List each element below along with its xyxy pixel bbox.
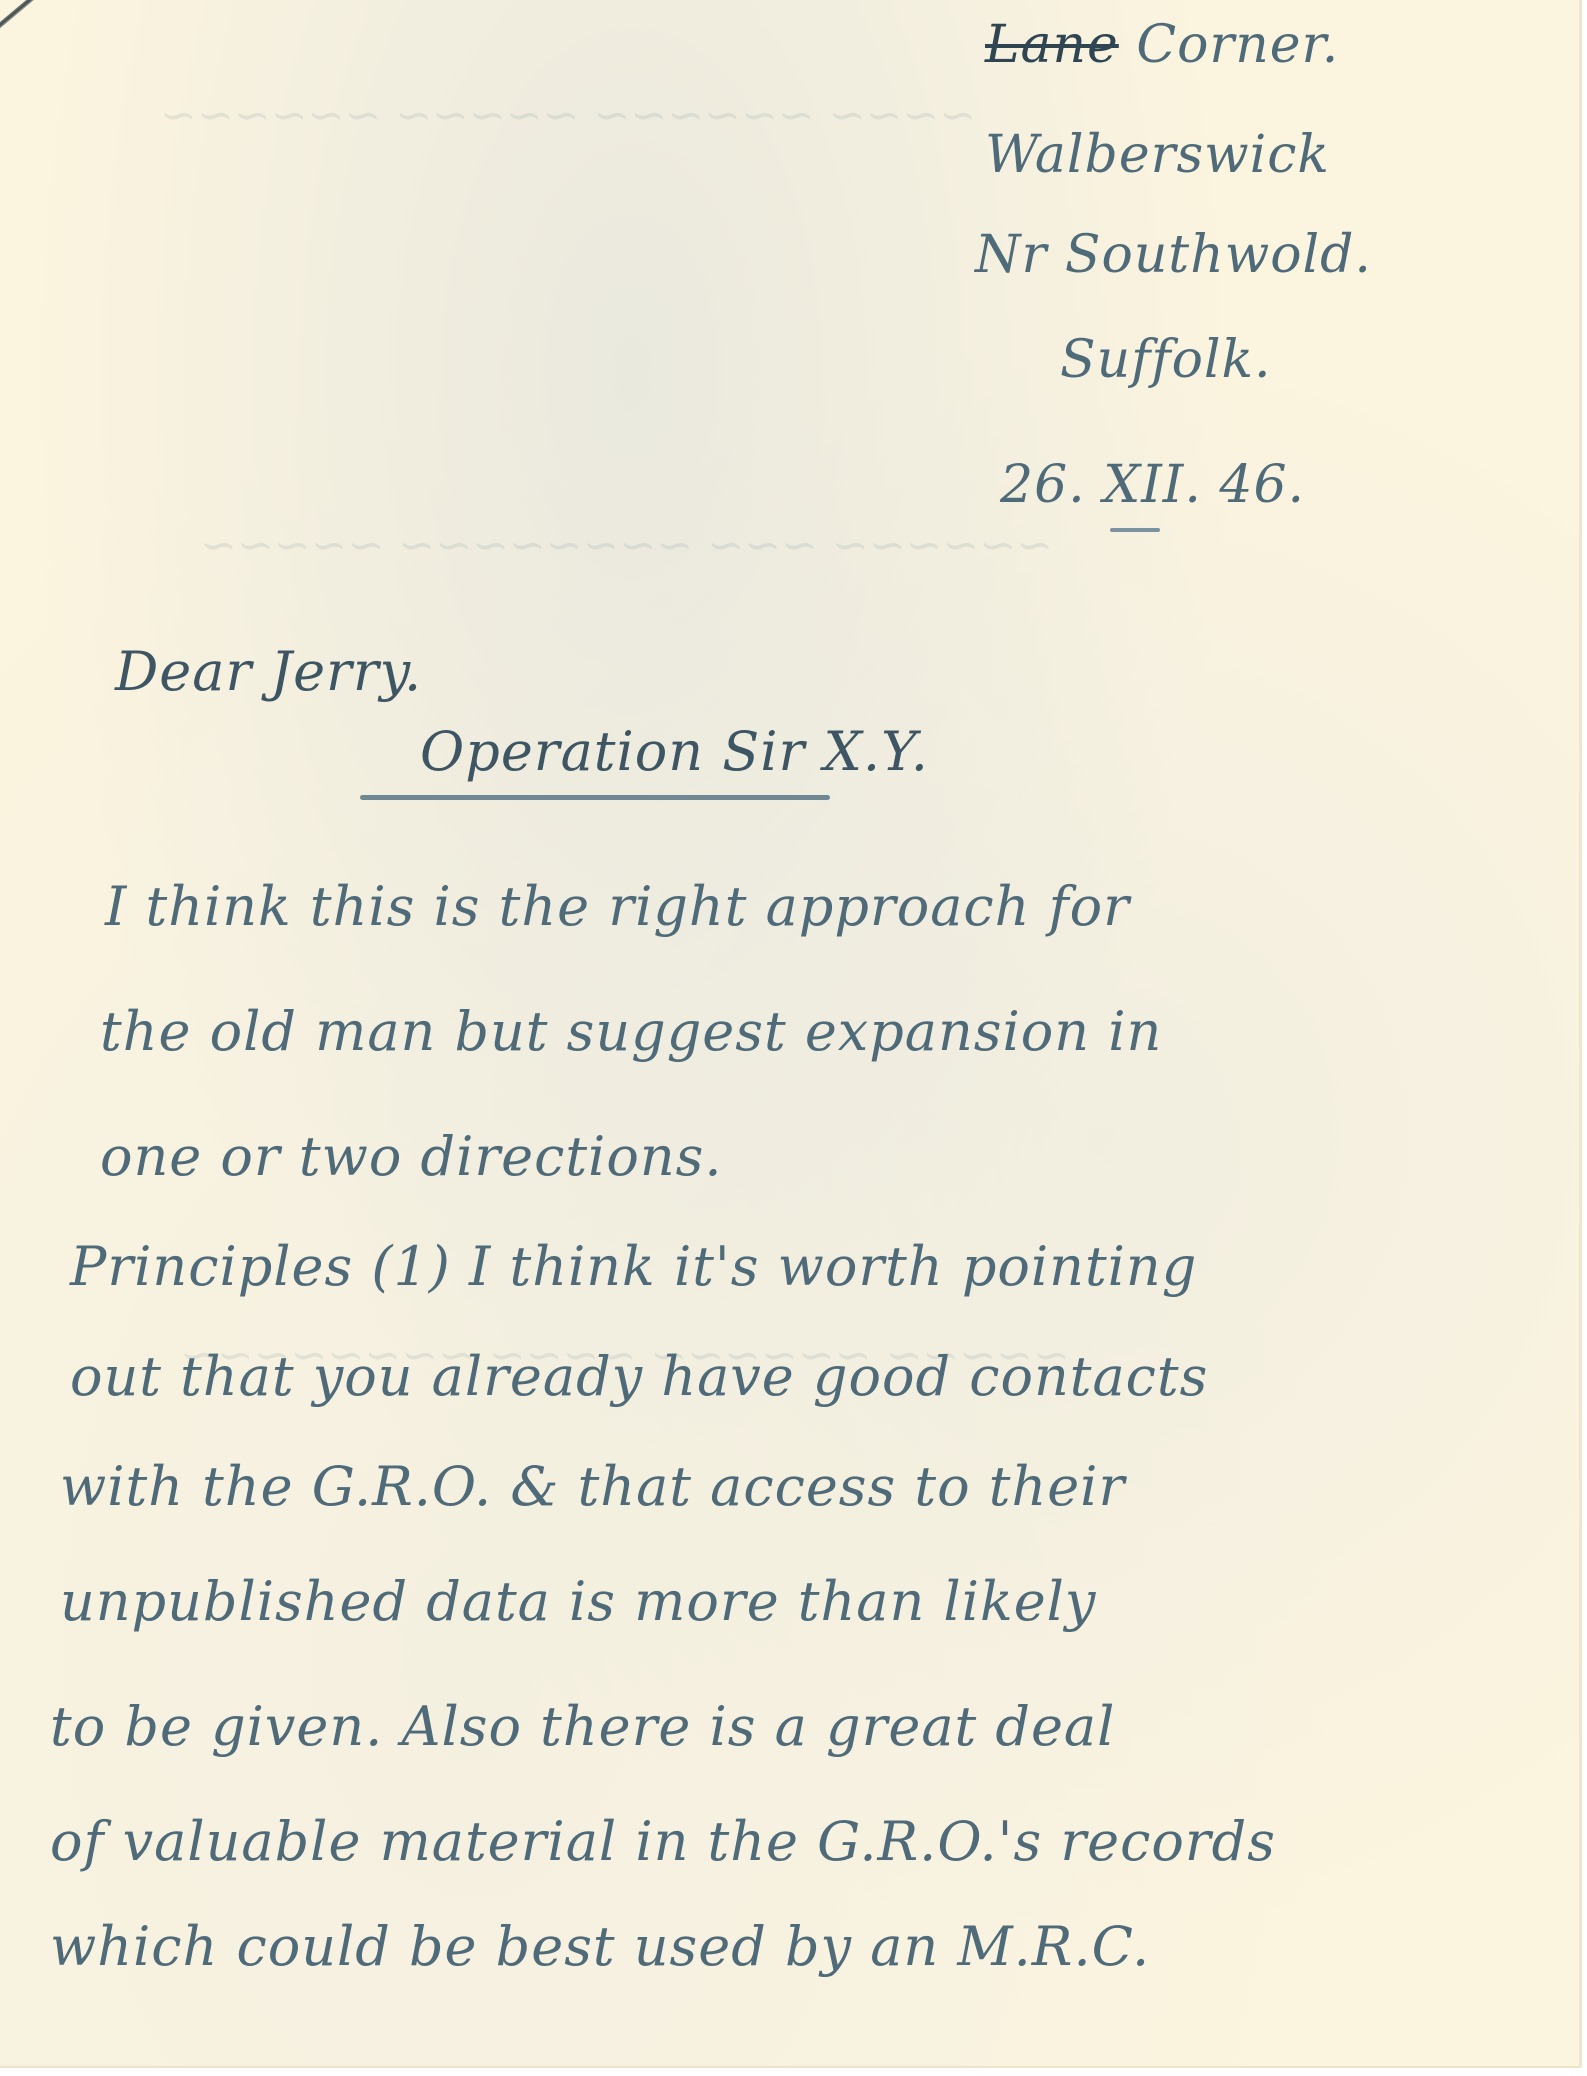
body-line: one or two directions. <box>100 1125 723 1188</box>
pin-icon <box>0 0 41 77</box>
body-line: out that you already have good contacts <box>70 1345 1208 1408</box>
show-through-text: ~~~~~~ ~~~ ~~~~~~~~ ~~~~~ <box>200 520 1053 571</box>
address-line-1: Lane Corner. <box>985 15 1339 75</box>
body-line: which could be best used by an M.R.C. <box>50 1915 1150 1978</box>
body-line: with the G.R.O. & that access to their <box>60 1455 1125 1518</box>
address-line-4: Suffolk. <box>1060 330 1272 390</box>
subject-underline <box>360 795 830 800</box>
letter-page: ~~~~ ~~~~~~ ~~~~~ ~~~~~~ ~~~~~~ ~~~ ~~~~… <box>0 0 1582 2068</box>
show-through-text: ~~~~ ~~~~~~ ~~~~~ ~~~~~~ <box>160 90 976 141</box>
body-line: unpublished data is more than likely <box>60 1570 1096 1633</box>
body-line: Principles (1) I think it's worth pointi… <box>70 1235 1197 1298</box>
address-line-3: Nr Southwold. <box>975 225 1372 285</box>
salutation: Dear Jerry. <box>115 640 422 703</box>
date-underline <box>1110 528 1160 532</box>
struck-out-word: Lane <box>985 15 1119 75</box>
address-line-2: Walberswick <box>985 125 1330 185</box>
body-line: I think this is the right approach for <box>105 875 1130 938</box>
body-line: to be given. Also there is a great deal <box>50 1695 1115 1758</box>
letter-date: 26. XII. 46. <box>1000 455 1305 515</box>
body-line: of valuable material in the G.R.O.'s rec… <box>50 1810 1276 1873</box>
body-line: the old man but suggest expansion in <box>100 1000 1162 1063</box>
subject-line: Operation Sir X.Y. <box>420 720 929 783</box>
